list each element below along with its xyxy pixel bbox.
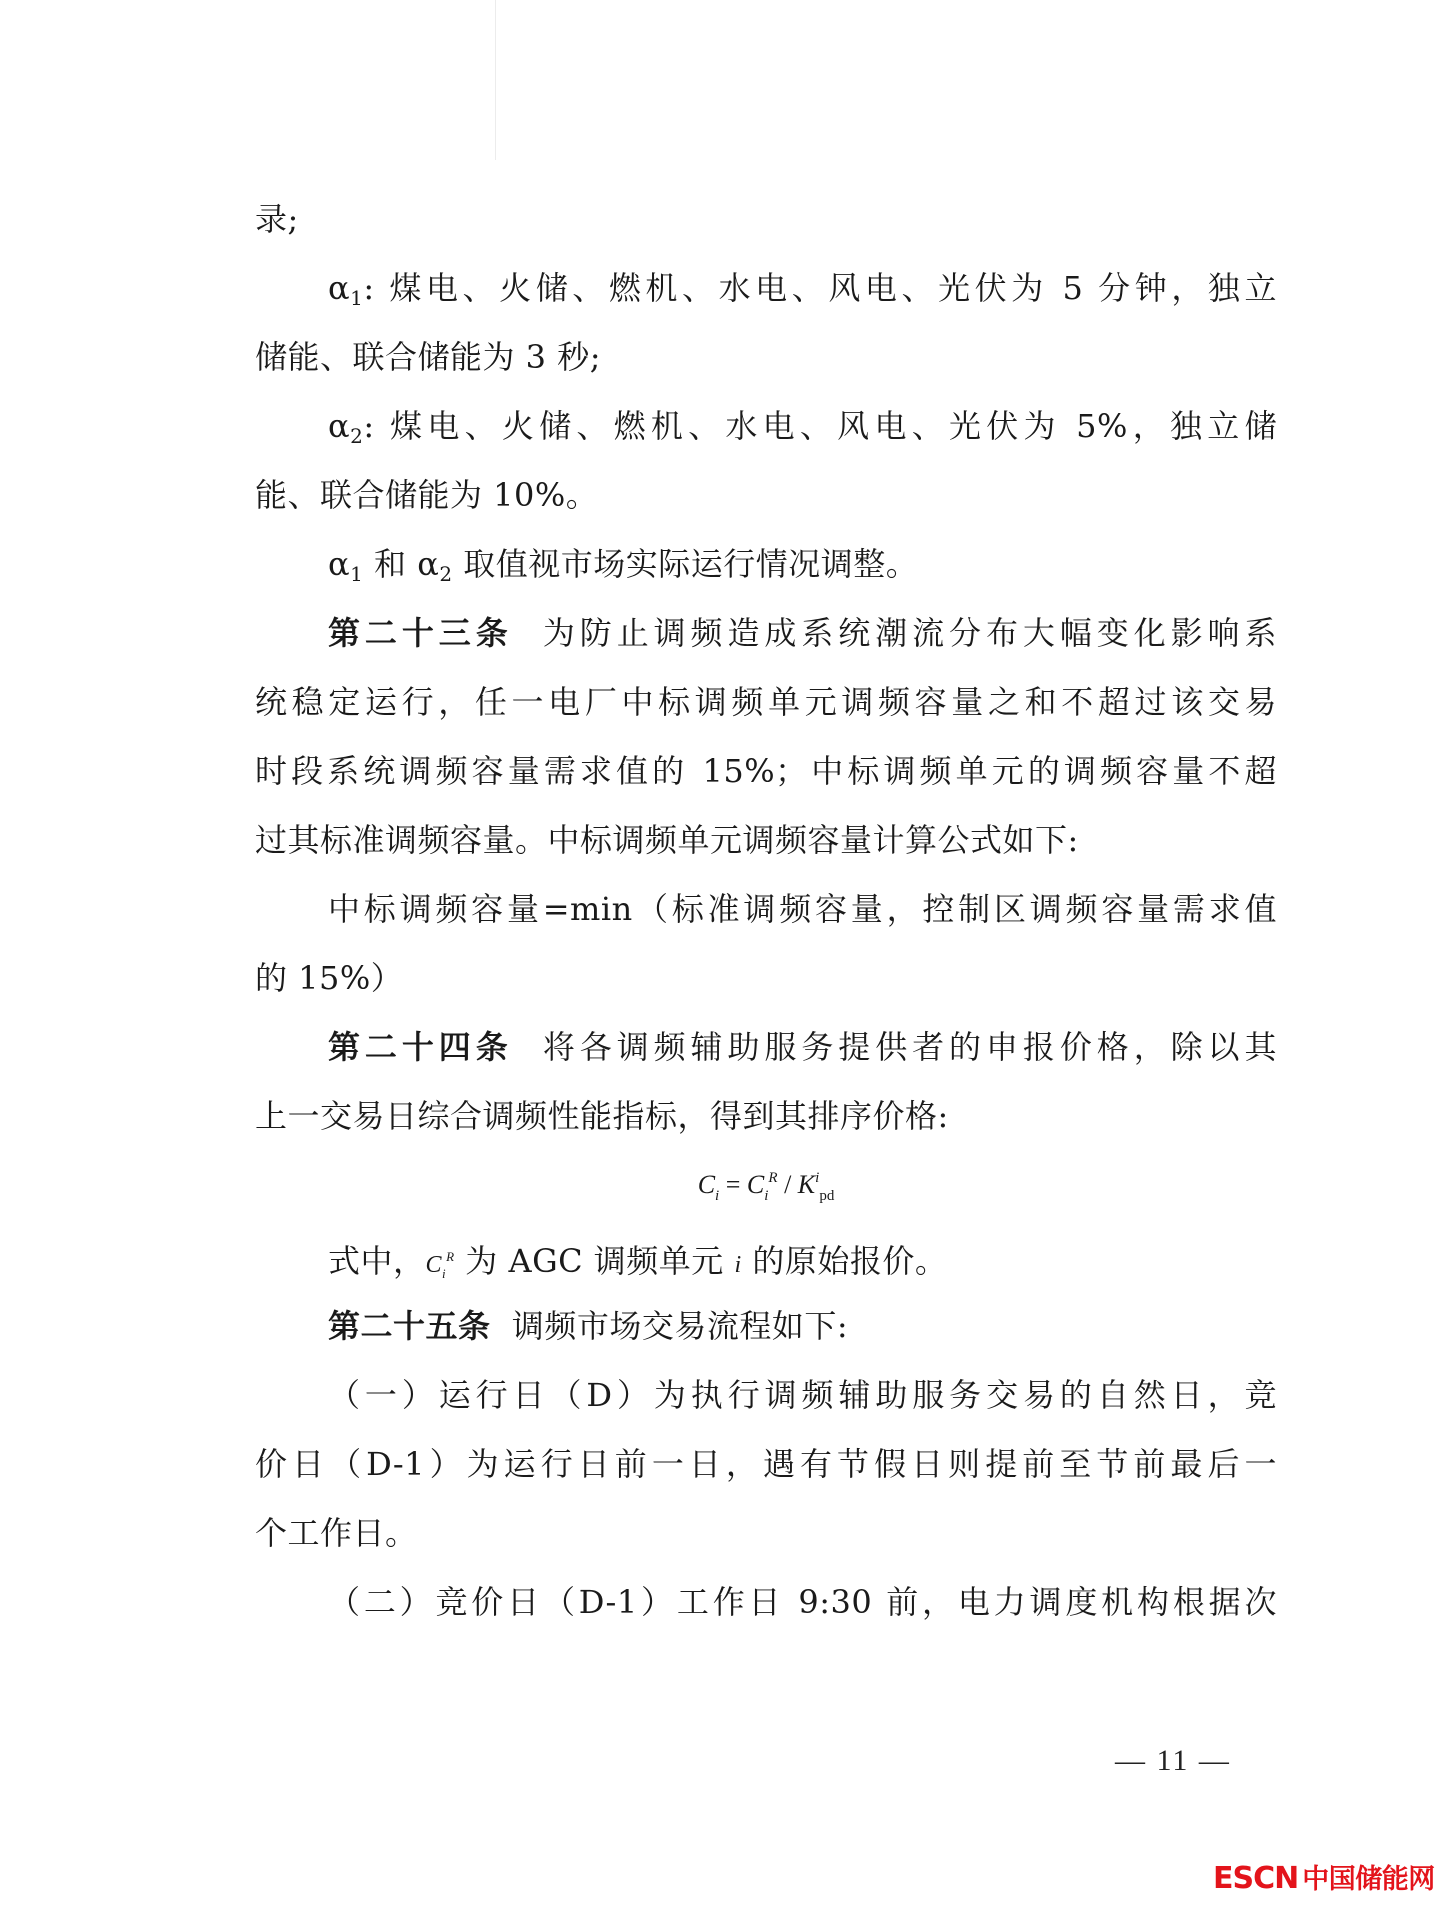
article-25-item-2-line-1: （二）竞价日（D-1）工作日 9:30 前，电力调度机构根据次 [255,1582,1277,1622]
text: 的原始报价。 [742,1242,948,1280]
capacity-formula-line-1: 中标调频容量=min（标准调频容量，控制区调频容量需求值 [255,889,1277,929]
subscript: 1 [350,562,363,586]
text: : 煤电、火储、燃机、水电、风电、光伏为 5%，独立储 [363,407,1277,445]
text: 中标调频容量=min（标准调频容量，控制区调频容量需求值 [328,890,1277,928]
text: 录; [255,200,299,238]
text: 取值视市场实际运行情况调整。 [453,545,919,583]
scan-page-edge [495,0,496,160]
price-symbol: CiR [426,1252,455,1278]
article-23-line-2: 统稳定运行，任一电厂中标调频单元调频容量之和不超过该交易 [255,682,1277,722]
text: （二）竞价日（D-1）工作日 9:30 前，电力调度机构根据次 [328,1583,1277,1621]
text: 时段系统调频容量需求值的 15%；中标调频单元的调频容量不超 [255,752,1277,790]
watermark-brand: ESCN [1213,1861,1298,1896]
text: 个工作日。 [255,1514,418,1552]
page-number: — 11 — [1115,1744,1231,1778]
capacity-formula-line-2: 的 15%） [255,958,1277,998]
alpha-symbol: α [328,545,350,583]
article-25-item-1-line-2: 价日（D-1）为运行日前一日，遇有节假日则提前至节前最后一 [255,1444,1277,1484]
subscript: 2 [439,562,452,586]
alpha-symbol: α2 [328,407,363,445]
text: 统稳定运行，任一电厂中标调频单元调频容量之和不超过该交易 [255,683,1277,721]
alpha-adjustment-line: α1 和 α2 取值视市场实际运行情况调整。 [255,544,1277,584]
text: 为 AGC 调频单元 [455,1242,735,1280]
formula-explanation-line: 式中，CiR 为 AGC 调频单元 i 的原始报价。 [255,1237,1277,1277]
article-24-line-2: 上一交易日综合调频性能指标，得到其排序价格: [255,1096,1277,1136]
article-23-line-4: 过其标准调频容量。中标调频单元调频容量计算公式如下: [255,820,1277,860]
text: 价日（D-1）为运行日前一日，遇有节假日则提前至节前最后一 [255,1445,1277,1483]
ranking-price-formula: Ci = CiR / Kipd [255,1161,1277,1213]
text: 式中， [328,1242,426,1280]
text: 和 α [363,545,439,583]
text: 上一交易日综合调频性能指标，得到其排序价格: [255,1097,949,1135]
article-heading: 第二十三条 [328,614,513,652]
text: 为防止调频造成系统潮流分布大幅变化影响系 [543,614,1277,652]
text: 调频市场交易流程如下: [512,1307,848,1345]
article-heading: 第二十四条 [328,1028,513,1066]
unit-index-symbol: i [734,1252,741,1278]
paragraph-line: 储能、联合储能为 3 秒; [255,337,1277,377]
paragraph-line: 录; [255,199,1277,239]
text: 的 15%） [255,959,403,997]
escn-watermark-logo: ESCN中国储能网 [1213,1857,1435,1896]
text: 储能、联合储能为 3 秒; [255,338,601,376]
alpha2-definition-line: α2: 煤电、火储、燃机、水电、风电、光伏为 5%，独立储 [255,406,1277,446]
alpha1-definition-line: α1: 煤电、火储、燃机、水电、风电、光伏为 5 分钟，独立 [255,268,1277,308]
text: 能、联合储能为 10%。 [255,476,598,514]
text: : 煤电、火储、燃机、水电、风电、光伏为 5 分钟，独立 [363,269,1277,307]
text: 过其标准调频容量。中标调频单元调频容量计算公式如下: [255,821,1079,859]
alpha-symbol: α1 [328,269,363,307]
paragraph-line: 能、联合储能为 10%。 [255,475,1277,515]
text: （一）运行日（D）为执行调频辅助服务交易的自然日，竞 [328,1376,1277,1414]
article-23-line-3: 时段系统调频容量需求值的 15%；中标调频单元的调频容量不超 [255,751,1277,791]
article-23-line-1: 第二十三条 为防止调频造成系统潮流分布大幅变化影响系 [255,613,1277,653]
article-25-line-1: 第二十五条 调频市场交易流程如下: [255,1306,1277,1346]
text: 将各调频辅助服务提供者的申报价格，除以其 [543,1028,1277,1066]
article-25-item-1-line-3: 个工作日。 [255,1513,1277,1553]
article-24-line-1: 第二十四条 将各调频辅助服务提供者的申报价格，除以其 [255,1027,1277,1067]
article-25-item-1-line-1: （一）运行日（D）为执行调频辅助服务交易的自然日，竞 [255,1375,1277,1415]
watermark-name: 中国储能网 [1302,1864,1435,1895]
article-heading: 第二十五条 [328,1307,491,1345]
